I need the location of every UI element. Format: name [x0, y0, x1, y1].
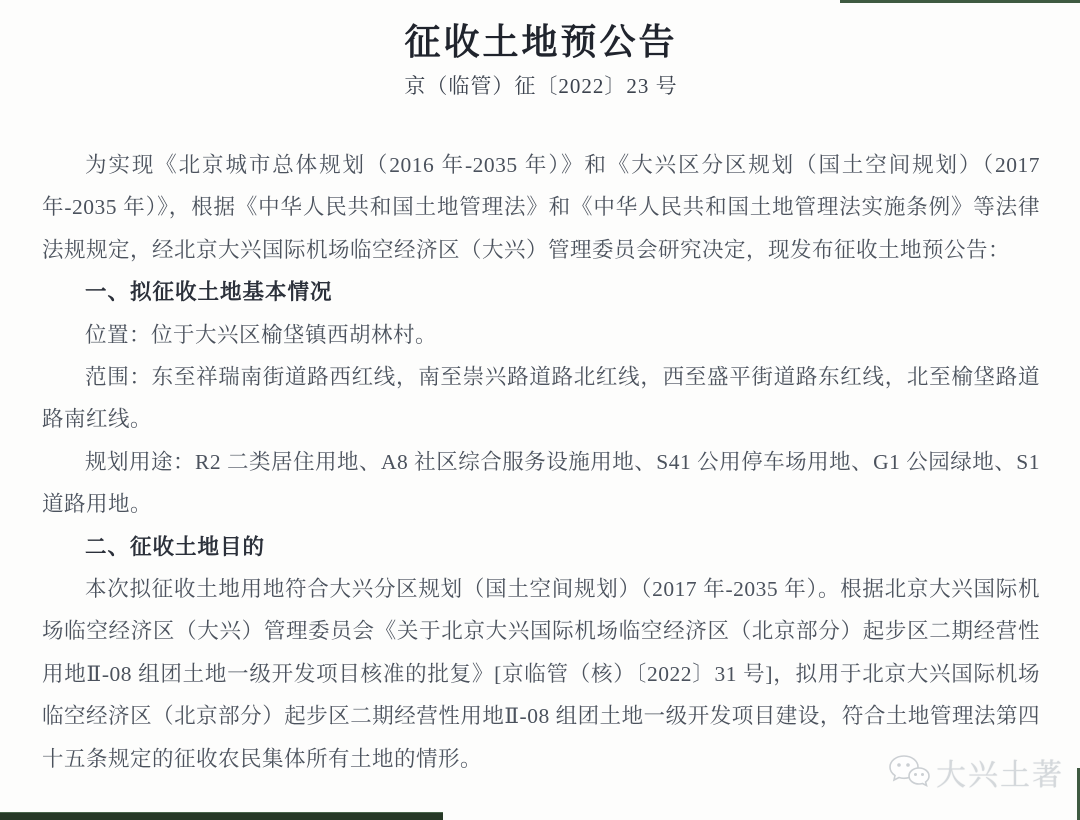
body-paragraph: 为实现《北京城市总体规划（2016 年-2035 年）》和《大兴区分区规划（国土…: [42, 144, 1040, 271]
crop-artifact-top-strip: [840, 0, 1080, 3]
body-paragraph: 规划用途：R2 二类居住用地、A8 社区综合服务设施用地、S41 公用停车场用地…: [42, 441, 1040, 526]
body-paragraph: 范围：东至祥瑞南街道路西红线，南至崇兴路道路北红线，西至盛平街道路东红线，北至榆…: [42, 356, 1040, 441]
document-title: 征收土地预公告: [42, 20, 1040, 64]
announcement-document: 征收土地预公告 京（临管）征〔2022〕23 号 为实现《北京城市总体规划（20…: [0, 0, 1080, 820]
body-paragraph: 位置：位于大兴区榆垡镇西胡林村。: [42, 314, 1040, 356]
body-paragraph: 本次拟征收土地用地符合大兴分区规划（国土空间规划）（2017 年-2035 年）…: [42, 568, 1040, 780]
document-number: 京（临管）征〔2022〕23 号: [42, 72, 1040, 100]
section-heading: 一、拟征收土地基本情况: [42, 271, 1040, 313]
section-heading: 二、征收土地目的: [42, 526, 1040, 568]
document-body: 为实现《北京城市总体规划（2016 年-2035 年）》和《大兴区分区规划（国土…: [42, 144, 1040, 780]
crop-artifact-bottom-bar: [0, 812, 443, 820]
